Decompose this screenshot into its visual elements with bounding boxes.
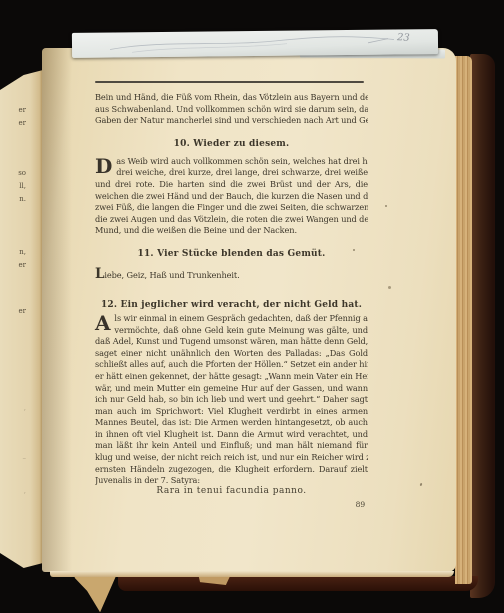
text-line: weichen die zwei Händ und der Bauch, die…	[95, 191, 368, 203]
text-line: man läßt ihr kein Anteil und Einfluß; un…	[95, 440, 368, 452]
drop-cap: A	[95, 314, 110, 335]
text-line: Bein und Händ, die Füß vom Rhein, das Vö…	[95, 92, 368, 104]
left-page-text-fragment: –	[23, 454, 27, 462]
text-line: aus Schwabenland. Und vollkommen schön w…	[95, 104, 368, 116]
photo-of-open-book: er er so ll, n. n, er er , – , 23 Bein u…	[0, 0, 504, 613]
section-11-line: Liebe, Geiz, Haß und Trunkenheit.	[95, 268, 368, 282]
text-line: drei weiche, drei kurze, drei lange, dre…	[116, 167, 368, 179]
text-line: Gaben der Natur mancherlei sind und vers…	[95, 115, 368, 127]
text-line: saget einer nicht unähnlich den Worten d…	[95, 348, 368, 360]
text-line: man auch im Sprichwort: Viel Klugheit ve…	[95, 406, 368, 418]
section-heading-11: 11. Vier Stücke blenden das Gemüt.	[95, 248, 368, 260]
page-text-column: Bein und Händ, die Füß vom Rhein, das Vö…	[95, 92, 368, 510]
section-heading-10: 10. Wieder zu diesem.	[95, 138, 368, 150]
text-line: er hätt einen gekennet, der hätte gesagt…	[95, 371, 368, 383]
book-cover-bottom-edge	[118, 576, 478, 591]
inserted-sheet: 23	[72, 29, 438, 58]
text-line: Mund, und die weißen die Beine und der N…	[95, 225, 368, 237]
text-line: zwei Füß, die langen die Finger und die …	[95, 202, 368, 214]
page-stack-edges	[455, 56, 472, 584]
text-line: as Weib wird auch vollkommen schön sein,…	[116, 156, 368, 168]
book-cover-right-edge	[470, 54, 495, 598]
latin-quote: Rara in tenui facundia panno.	[95, 486, 368, 497]
left-page-text-fragment: er	[19, 307, 27, 315]
page-bottom-edge	[50, 571, 454, 577]
left-page-text-fragment: ,	[24, 487, 26, 495]
text-line: Mannes Beutel, das ist: Die Armen werden…	[95, 417, 368, 429]
ink-speck	[388, 286, 391, 289]
left-page-text-fragment: er	[19, 119, 27, 127]
left-page-text-fragment: ,	[24, 404, 26, 412]
left-page-text-fragment: ll,	[19, 182, 26, 190]
section-10-paragraph: D as Weib wird auch vollkommen schön sei…	[95, 156, 368, 237]
text-line: ls wir einmal in einem Gespräch gedachte…	[114, 313, 368, 325]
text-line: wär, und mein Mutter ein gemeine Hur auf…	[95, 383, 368, 395]
text-line: und drei rote. Die harten sind die zwei …	[95, 179, 368, 191]
ink-speck	[385, 205, 387, 207]
left-page-text-fragment: n,	[19, 248, 26, 256]
left-page-text-fragment: so	[18, 169, 26, 177]
text-line: vermöchte, daß ohne Geld kein gute Meinu…	[114, 325, 368, 337]
text-line: ich nur Geld hab, so bin ich lieb und we…	[95, 394, 368, 406]
section-divider-rule	[95, 81, 364, 83]
pencil-scribble	[72, 29, 438, 58]
initial-letter: L	[95, 266, 104, 282]
text-line: in ihnen oft viel Klugheit ist. Dann die…	[95, 429, 368, 441]
section-12-paragraph: A ls wir einmal in einem Gespräch gedach…	[95, 313, 368, 487]
left-page-sliver: er er so ll, n. n, er er , – ,	[0, 70, 43, 568]
left-page-text-fragment: er	[19, 106, 27, 114]
page-number: 89	[95, 499, 368, 511]
text-line: iebe, Geiz, Haß und Trunkenheit.	[104, 270, 239, 280]
drop-cap: D	[95, 157, 112, 178]
text-line: die zwei Augen und das Vötzlein, die rot…	[95, 214, 368, 226]
text-line: daß Adel, Kunst und Tugend umsonst wären…	[95, 336, 368, 348]
text-line: klug und weise, der nicht reich reich is…	[95, 452, 368, 464]
section-heading-12: 12. Ein jeglicher wird veracht, der nich…	[95, 299, 368, 311]
left-page-text-fragment: er	[19, 261, 27, 269]
text-line: ernsten Händeln zugezogen, die Klugheit …	[95, 464, 368, 476]
text-line: schließt alles auf, auch die Pforten der…	[95, 359, 368, 371]
pencil-note: 23	[397, 32, 410, 44]
ink-speck	[353, 249, 355, 251]
left-page-text-fragment: n.	[19, 195, 26, 203]
paragraph-continuation: Bein und Händ, die Füß vom Rhein, das Vö…	[95, 92, 368, 127]
